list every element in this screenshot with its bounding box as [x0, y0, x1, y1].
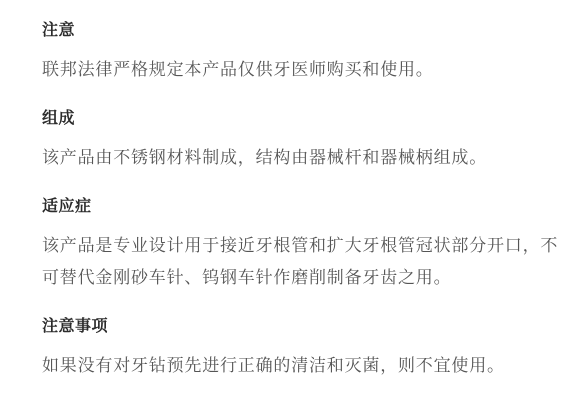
section-heading: 注意: [42, 20, 564, 42]
section-heading: 注意事项: [42, 316, 564, 338]
section-heading: 适应症: [42, 196, 564, 218]
section-composition: 组成 该产品由不锈钢材料制成，结构由器械杆和器械柄组成。: [42, 108, 564, 174]
section-indications: 适应症 该产品是专业设计用于接近牙根管和扩大牙根管冠状部分开口，不 可替代金刚砂…: [42, 196, 564, 294]
section-paragraph: 该产品是专业设计用于接近牙根管和扩大牙根管冠状部分开口，不 可替代金刚砂车针、钨…: [42, 230, 564, 294]
section-heading: 组成: [42, 108, 564, 130]
section-paragraph: 如果没有对牙钻预先进行正确的清洁和灭菌，则不宜使用。: [42, 350, 564, 382]
document-body: 注意 联邦法律严格规定本产品仅供牙医师购买和使用。 组成 该产品由不锈钢材料制成…: [0, 0, 582, 382]
section-paragraph: 联邦法律严格规定本产品仅供牙医师购买和使用。: [42, 54, 564, 86]
section-caution: 注意 联邦法律严格规定本产品仅供牙医师购买和使用。: [42, 20, 564, 86]
section-paragraph: 该产品由不锈钢材料制成，结构由器械杆和器械柄组成。: [42, 142, 564, 174]
section-precautions: 注意事项 如果没有对牙钻预先进行正确的清洁和灭菌，则不宜使用。: [42, 316, 564, 382]
